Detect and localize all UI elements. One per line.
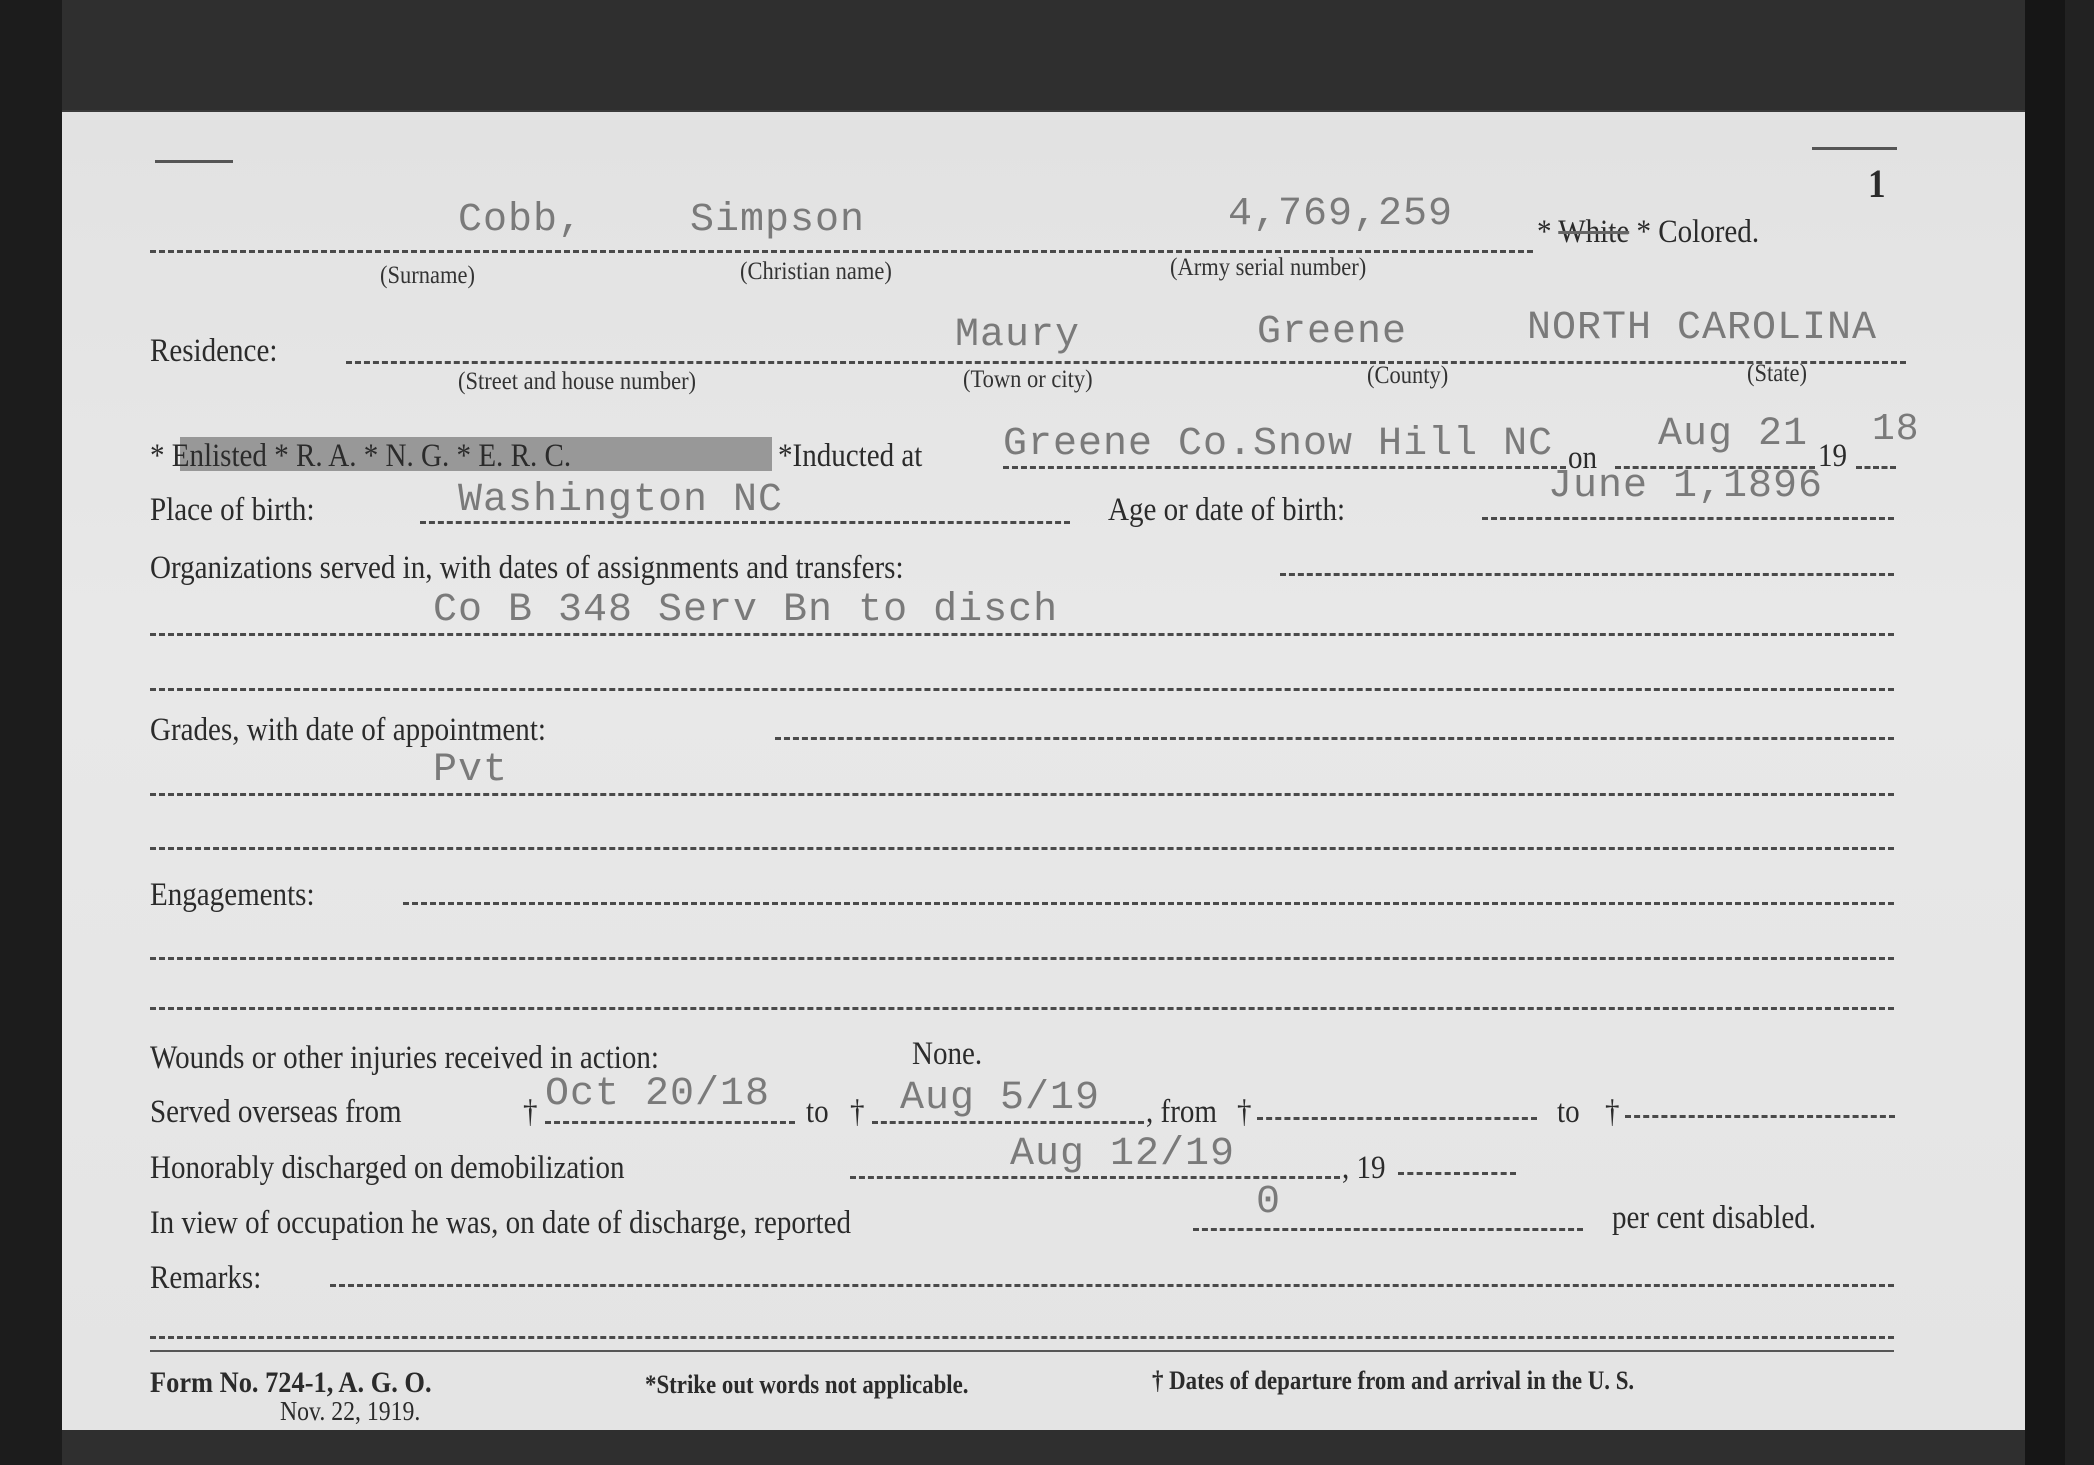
dagger-mark-4: † <box>1605 1094 1620 1131</box>
scan-left-edge <box>0 0 62 1465</box>
disability-line <box>1193 1228 1583 1231</box>
engagements-label: Engagements: <box>150 877 315 914</box>
place-of-birth-value: Washington NC <box>458 478 783 523</box>
residence-label: Residence: <box>150 333 277 370</box>
organizations-label: Organizations served in, with dates of a… <box>150 550 904 587</box>
date-of-birth-line <box>1482 517 1894 520</box>
engagements-line-3 <box>150 1007 1894 1010</box>
race-colored: Colored. <box>1658 214 1759 250</box>
dagger-mark-2: † <box>850 1094 865 1131</box>
inducted-at-line <box>1003 466 1566 469</box>
top-left-rule <box>155 160 233 163</box>
race-white-struck: White <box>1558 214 1629 250</box>
discharge-date-value: Aug 12/19 <box>1010 1132 1235 1177</box>
surname-value: Cobb, <box>458 198 583 243</box>
organizations-line-1 <box>1280 573 1894 576</box>
serial-number-value: 4,769,259 <box>1228 192 1453 237</box>
grade-value: Pvt <box>433 748 508 793</box>
footnote-strike-out: *Strike out words not applicable. <box>645 1370 969 1400</box>
name-line <box>150 250 1533 253</box>
age-label: Age or date of birth: <box>1108 492 1345 529</box>
disability-value: 0 <box>1256 1180 1281 1225</box>
state-label: (State) <box>1747 360 1807 388</box>
form-date: Nov. 22, 1919. <box>280 1396 420 1427</box>
overseas-from-value: Oct 20/18 <box>545 1072 770 1117</box>
overseas-to-label-2: to <box>1557 1094 1580 1131</box>
induction-year-value: 18 <box>1872 408 1920 451</box>
overseas-from-line <box>545 1121 795 1124</box>
inducted-at-label: *Inducted at <box>778 438 922 475</box>
race-options: * White * Colored. <box>1537 214 1759 251</box>
surname-label: (Surname) <box>380 262 475 290</box>
date-of-birth-value: June 1,1896 <box>1548 464 1823 509</box>
place-of-birth-label: Place of birth: <box>150 492 315 529</box>
overseas-to-value: Aug 5/19 <box>900 1076 1100 1121</box>
disability-label: In view of occupation he was, on date of… <box>150 1205 851 1242</box>
footer-rule <box>150 1350 1894 1352</box>
place-of-birth-line <box>420 521 1070 524</box>
overseas-to-label: to <box>806 1094 829 1131</box>
overseas-from-label-2: , from <box>1146 1094 1217 1131</box>
discharge-year-line <box>1398 1172 1516 1175</box>
county-label: (County) <box>1367 362 1448 390</box>
grades-line-1 <box>775 737 1894 740</box>
footnote-dates: † Dates of departure from and arrival in… <box>1152 1366 1634 1396</box>
dagger-mark: † <box>523 1094 538 1131</box>
dagger-mark-3: † <box>1237 1094 1252 1131</box>
county-value: Greene <box>1257 310 1407 355</box>
inducted-at-value: Greene Co.Snow Hill NC <box>1003 422 1553 467</box>
town-label: (Town or city) <box>963 366 1093 394</box>
overseas-from-line-2 <box>1257 1117 1537 1120</box>
served-overseas-label: Served overseas from <box>150 1094 402 1131</box>
form-number: Form No. 724-1, A. G. O. <box>150 1366 432 1400</box>
organizations-line-2 <box>150 633 1894 636</box>
grades-label: Grades, with date of appointment: <box>150 712 546 749</box>
overseas-to-line-2 <box>1625 1115 1895 1118</box>
remarks-line-2 <box>150 1336 1894 1339</box>
christian-name-label: (Christian name) <box>740 258 892 286</box>
overseas-to-line <box>872 1121 1144 1124</box>
remarks-line-1 <box>330 1284 1894 1287</box>
disability-suffix: per cent disabled. <box>1612 1200 1816 1237</box>
enlisted-options-struck: * Enlisted * R. A. * N. G. * E. R. C. <box>150 438 571 475</box>
organizations-value: Co B 348 Serv Bn to disch <box>433 588 1058 633</box>
serial-number-label: (Army serial number) <box>1170 254 1366 282</box>
induction-year-line <box>1856 466 1896 469</box>
state-value: NORTH CAROLINA <box>1527 306 1877 351</box>
remarks-label: Remarks: <box>150 1260 261 1297</box>
residence-line <box>346 361 1906 364</box>
discharge-date-line <box>850 1176 1340 1179</box>
scan-right-edge <box>2025 0 2094 1465</box>
wounds-value: None. <box>912 1036 982 1073</box>
discharge-label: Honorably discharged on demobilization <box>150 1150 624 1187</box>
christian-name-value: Simpson <box>690 198 865 243</box>
top-right-rule <box>1812 147 1897 150</box>
discharge-year-prefix: , 19 <box>1342 1150 1386 1187</box>
street-label: (Street and house number) <box>458 368 696 396</box>
card-number: 1 <box>1868 160 1886 207</box>
town-value: Maury <box>955 313 1080 358</box>
grades-line-3 <box>150 847 1894 850</box>
engagements-line-2 <box>150 957 1894 960</box>
induction-date-value: Aug 21 <box>1658 412 1808 457</box>
engagements-line-1 <box>403 902 1894 905</box>
organizations-line-3 <box>150 688 1894 691</box>
grades-line-2 <box>150 793 1894 796</box>
